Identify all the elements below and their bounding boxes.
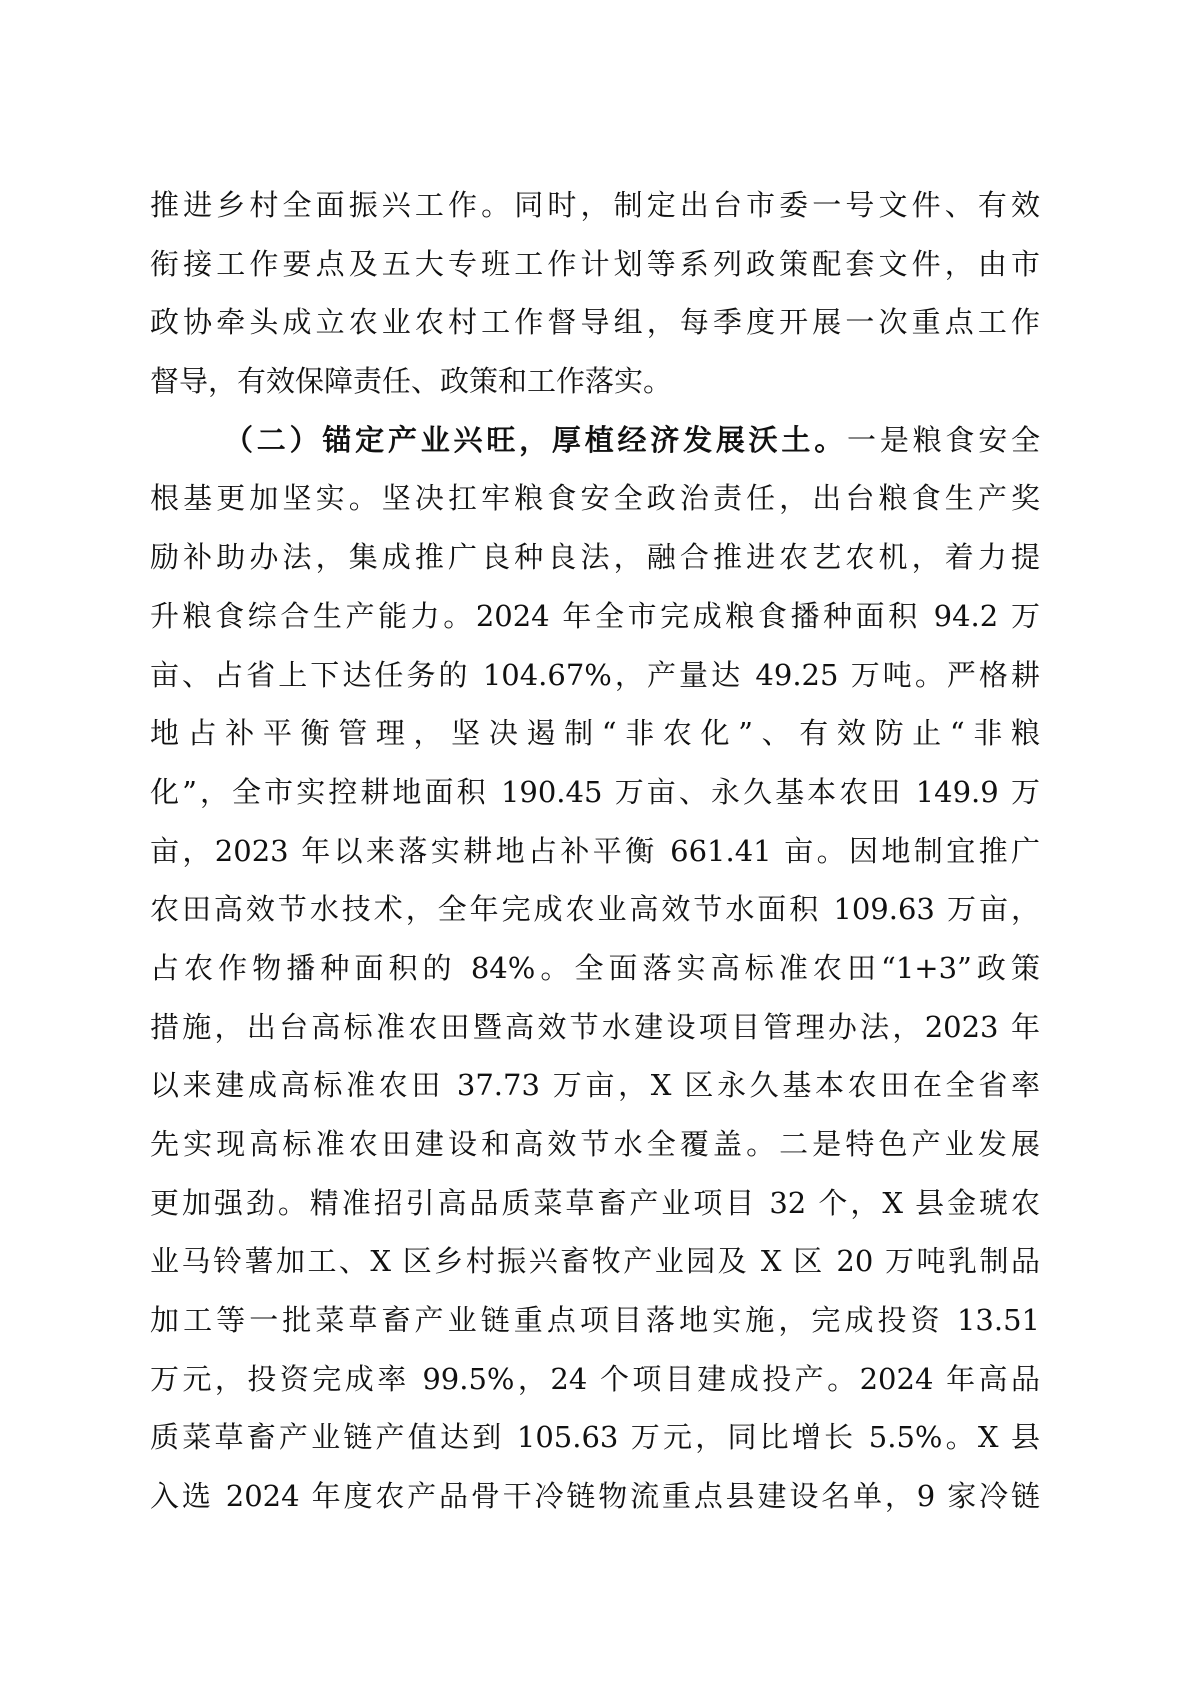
text-line: 地占补平衡管理，坚决遏制“非农化”、有效防止“非粮 [150, 704, 1040, 763]
section-lead-text: 一是粮食安全 [847, 423, 1040, 457]
text-line: 质菜草畜产业链产值达到 105.63 万元，同比增长 5.5%。X 县 [150, 1408, 1040, 1467]
text-line: 升粮食综合生产能力。2024 年全市完成粮食播种面积 94.2 万 [150, 587, 1040, 646]
text-line: 农田高效节水技术，全年完成农业高效节水面积 109.63 万亩， [150, 880, 1040, 939]
section-heading: （二）锚定产业兴旺，厚植经济发展沃土。 [224, 423, 847, 457]
text-line: 加工等一批菜草畜产业链重点项目落地实施，完成投资 13.51 [150, 1291, 1040, 1350]
section-heading-line: （二）锚定产业兴旺，厚植经济发展沃土。一是粮食安全 [150, 411, 1040, 470]
text-line: 万元，投资完成率 99.5%，24 个项目建成投产。2024 年高品 [150, 1350, 1040, 1409]
text-line: 根基更加坚实。坚决扛牢粮食安全政治责任，出台粮食生产奖 [150, 469, 1040, 528]
text-line: 以来建成高标准农田 37.73 万亩，X 区永久基本农田在全省率 [150, 1056, 1040, 1115]
document-page: 推进乡村全面振兴工作。同时，制定出台市委一号文件、有效 衔接工作要点及五大专班工… [0, 0, 1190, 1683]
text-line: 推进乡村全面振兴工作。同时，制定出台市委一号文件、有效 [150, 176, 1040, 235]
body-text: 推进乡村全面振兴工作。同时，制定出台市委一号文件、有效 衔接工作要点及五大专班工… [150, 176, 1040, 1526]
text-line: 更加强劲。精准招引高品质菜草畜产业项目 32 个，X 县金琥农 [150, 1174, 1040, 1233]
text-line: 衔接工作要点及五大专班工作计划等系列政策配套文件，由市 [150, 235, 1040, 294]
text-line: 亩、占省上下达任务的 104.67%，产量达 49.25 万吨。严格耕 [150, 646, 1040, 705]
text-line: 督导，有效保障责任、政策和工作落实。 [150, 352, 1040, 411]
text-line: 政协牵头成立农业农村工作督导组，每季度开展一次重点工作 [150, 293, 1040, 352]
text-line: 化”，全市实控耕地面积 190.45 万亩、永久基本农田 149.9 万 [150, 763, 1040, 822]
text-line: 占农作物播种面积的 84%。全面落实高标准农田“1+3”政策 [150, 939, 1040, 998]
text-line: 入选 2024 年度农产品骨干冷链物流重点县建设名单，9 家冷链 [150, 1467, 1040, 1526]
text-line: 措施，出台高标准农田暨高效节水建设项目管理办法，2023 年 [150, 998, 1040, 1057]
text-line: 先实现高标准农田建设和高效节水全覆盖。二是特色产业发展 [150, 1115, 1040, 1174]
text-line: 业马铃薯加工、X 区乡村振兴畜牧产业园及 X 区 20 万吨乳制品 [150, 1232, 1040, 1291]
text-line: 亩，2023 年以来落实耕地占补平衡 661.41 亩。因地制宜推广 [150, 822, 1040, 881]
text-line: 励补助办法，集成推广良种良法，融合推进农艺农机，着力提 [150, 528, 1040, 587]
